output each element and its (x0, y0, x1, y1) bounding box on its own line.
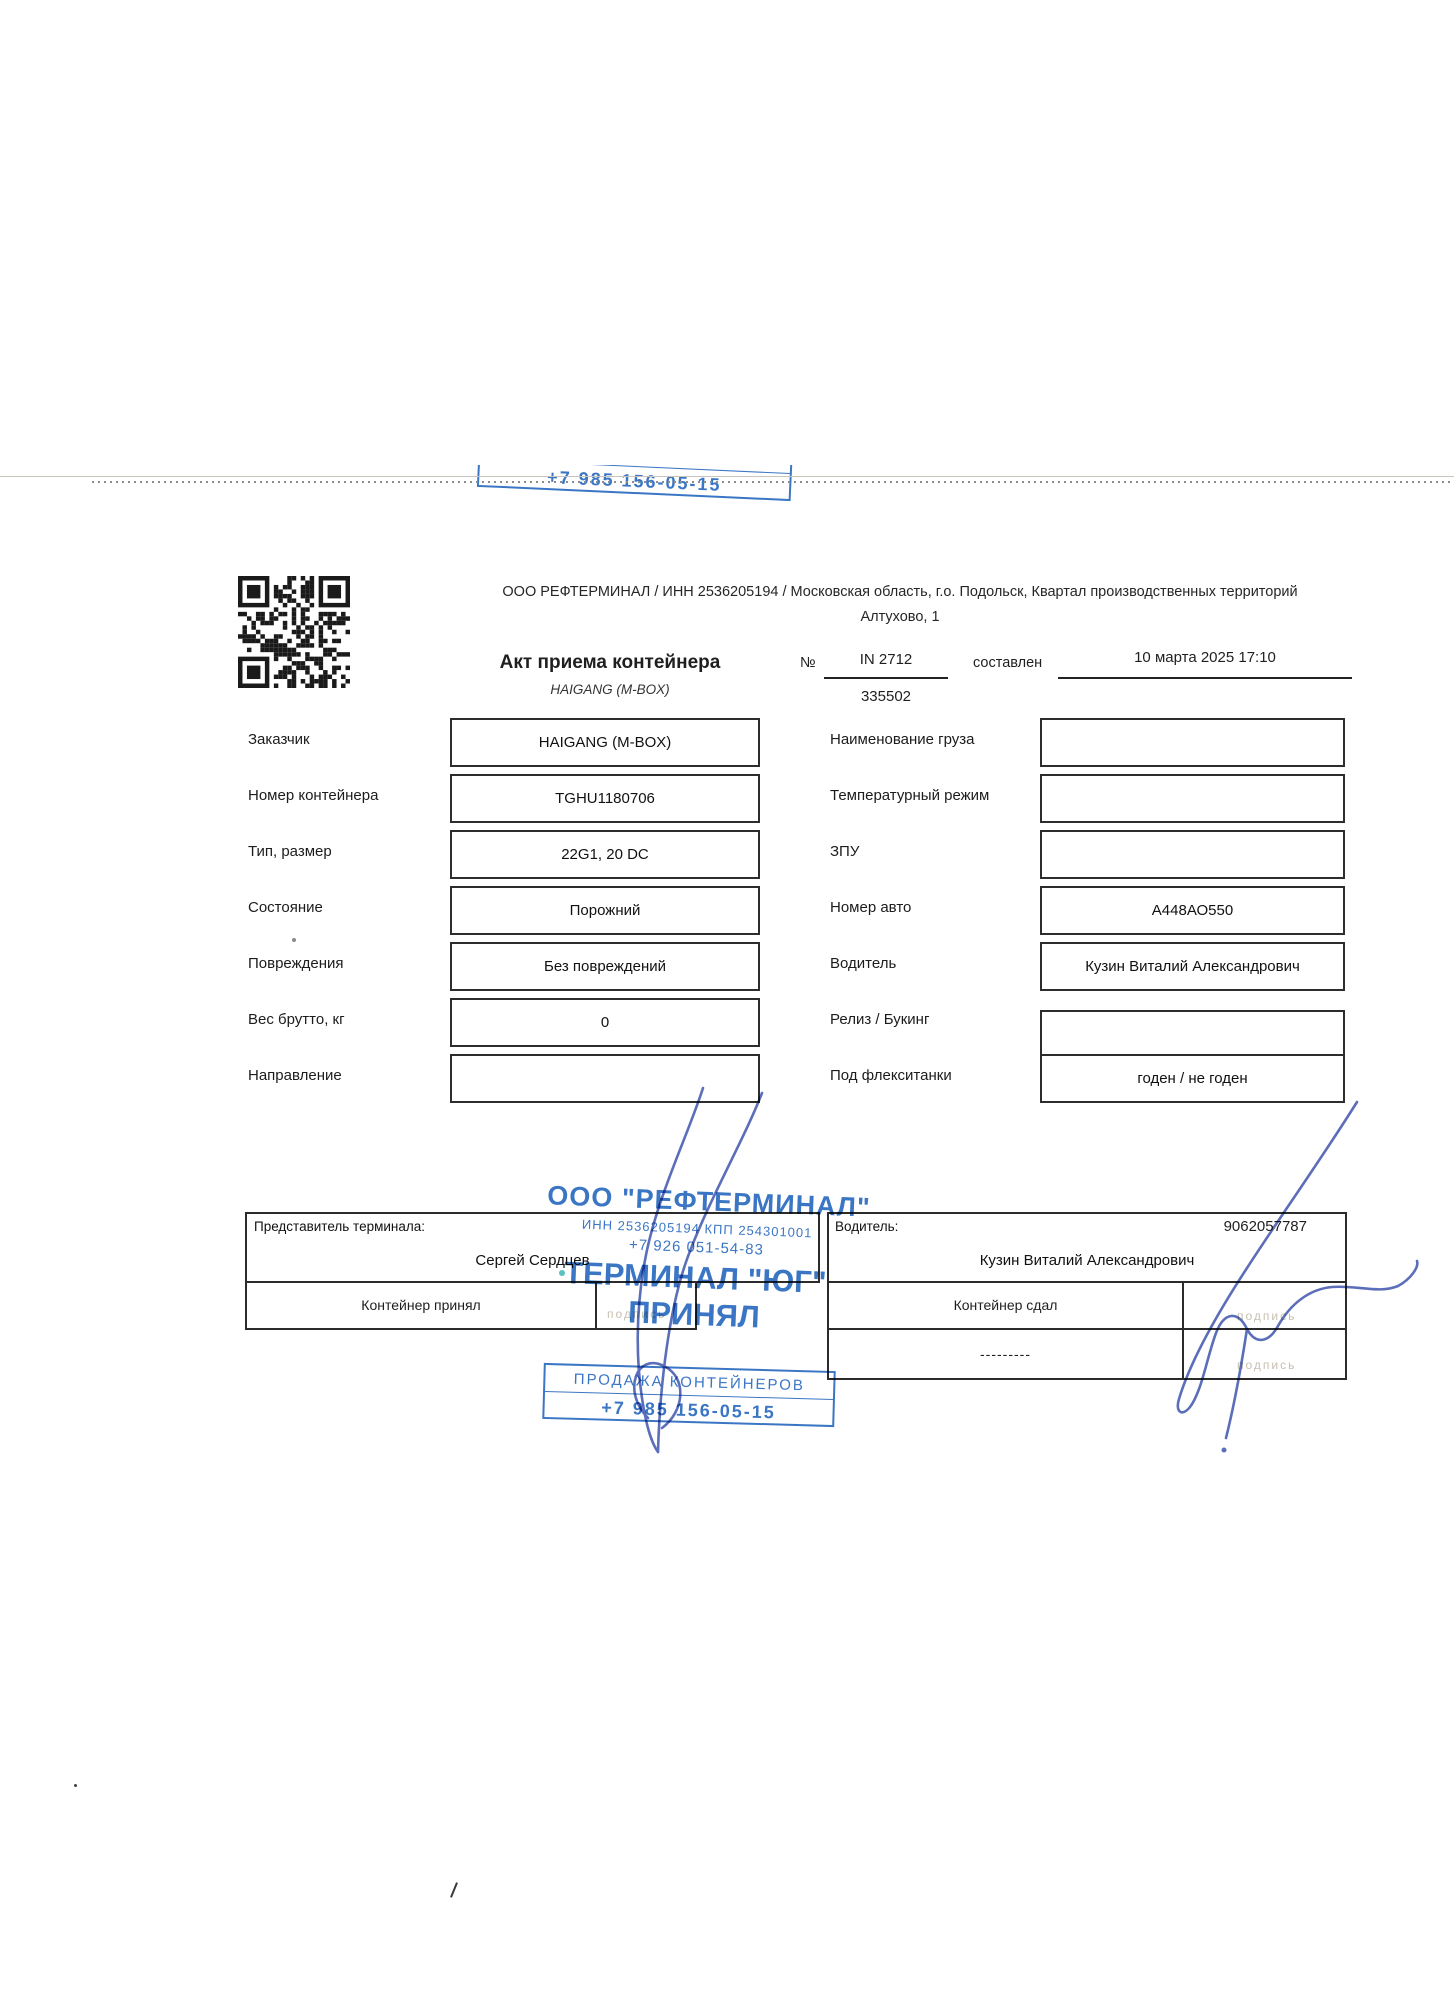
driver-signature-table-row1: Контейнер сдал подпись (827, 1281, 1347, 1330)
scan-speck (450, 1882, 458, 1898)
field-label: Тип, размер (248, 843, 332, 860)
field-value: годен / не годен (1137, 1070, 1247, 1087)
field-box (450, 1054, 760, 1103)
document-number-secondary: 335502 (824, 688, 948, 705)
field-value: 0 (601, 1014, 609, 1031)
field-label: Под флекситанки (830, 1067, 952, 1084)
field-label: Номер контейнера (248, 787, 378, 804)
field-value: HAIGANG (M-BOX) (539, 734, 672, 751)
document-title: Акт приема контейнера (440, 652, 780, 674)
field-box (1040, 774, 1345, 823)
field-box: Кузин Виталий Александрович (1040, 942, 1345, 991)
dashes-cell: --------- (829, 1330, 1184, 1378)
composed-label: составлен (973, 655, 1042, 671)
number-underline (824, 677, 948, 679)
field-value: 22G1, 20 DC (561, 846, 649, 863)
field-label: Направление (248, 1067, 342, 1084)
field-label: Повреждения (248, 955, 344, 972)
field-box: 22G1, 20 DC (450, 830, 760, 879)
signature-hint: подпись (1237, 1358, 1296, 1372)
field-label: Наименование груза (830, 731, 975, 748)
signature-hint: подпись (1237, 1309, 1296, 1323)
field-box (1040, 1010, 1345, 1059)
field-value: А448АО550 (1152, 902, 1233, 919)
driver-signature-table-row2: --------- подпись (827, 1330, 1347, 1380)
field-box: А448АО550 (1040, 886, 1345, 935)
field-box: Без повреждений (450, 942, 760, 991)
organization-line1: ООО РЕФТЕРМИНАЛ / ИНН 2536205194 / Моско… (502, 584, 1297, 600)
container-accepted-label: Контейнер принял (361, 1297, 480, 1313)
date-underline (1058, 677, 1352, 679)
container-handed-label: Контейнер сдал (954, 1297, 1058, 1313)
scanned-document-page: ПРОДАЖА КОНТЕЙНЕРОВ +7 985 156-05-15 ООО… (0, 0, 1454, 2000)
field-box (1040, 830, 1345, 879)
field-label: Заказчик (248, 731, 310, 748)
field-label: Номер авто (830, 899, 911, 916)
terminal-rep-label: Представитель терминала: (254, 1219, 425, 1234)
driver-phone: 9062057787 (1224, 1218, 1307, 1235)
scan-speck (74, 1784, 77, 1787)
organization-line2: Алтухово, 1 (860, 609, 939, 625)
field-label: Вес брутто, кг (248, 1011, 345, 1028)
dashes-value: --------- (980, 1346, 1031, 1362)
field-label: Водитель (830, 955, 896, 972)
scan-fold-perforation (92, 481, 1454, 483)
document-number-label: № (800, 655, 816, 671)
field-box: TGHU1180706 (450, 774, 760, 823)
qr-code (238, 576, 350, 688)
terminal-stamp: ООО "РЕФТЕРМИНАЛ" ИНН 2536205194 КПП 254… (542, 1180, 849, 1338)
field-value: TGHU1180706 (555, 790, 655, 807)
composed-date: 10 марта 2025 17:10 (1058, 649, 1352, 666)
field-value: Порожний (570, 902, 641, 919)
field-label: Релиз / Букинг (830, 1011, 929, 1028)
sale-stamp: ПРОДАЖА КОНТЕЙНЕРОВ +7 985 156-05-15 (542, 1363, 835, 1427)
container-handed-cell: Контейнер сдал (829, 1281, 1184, 1328)
scan-speck (292, 938, 296, 942)
driver-name: Кузин Виталий Александрович (829, 1252, 1345, 1269)
organization-header: ООО РЕФТЕРМИНАЛ / ИНН 2536205194 / Моско… (440, 580, 1360, 630)
field-box: HAIGANG (M-BOX) (450, 718, 760, 767)
field-value: Кузин Виталий Александрович (1085, 958, 1300, 975)
field-label: Состояние (248, 899, 323, 916)
field-box (1040, 718, 1345, 767)
field-box: годен / не годен (1040, 1054, 1345, 1103)
field-label: ЗПУ (830, 843, 859, 860)
field-box: Порожний (450, 886, 760, 935)
field-box: 0 (450, 998, 760, 1047)
field-label: Температурный режим (830, 787, 989, 804)
document-number: IN 2712 (824, 651, 948, 668)
document-subtitle: HAIGANG (M-BOX) (440, 682, 780, 697)
driver-signature-table-header: Водитель: 9062057787 Кузин Виталий Алекс… (827, 1212, 1347, 1283)
scan-fold-line (0, 476, 1454, 477)
scan-fold-white-area (0, 0, 1454, 465)
field-value: Без повреждений (544, 958, 666, 975)
